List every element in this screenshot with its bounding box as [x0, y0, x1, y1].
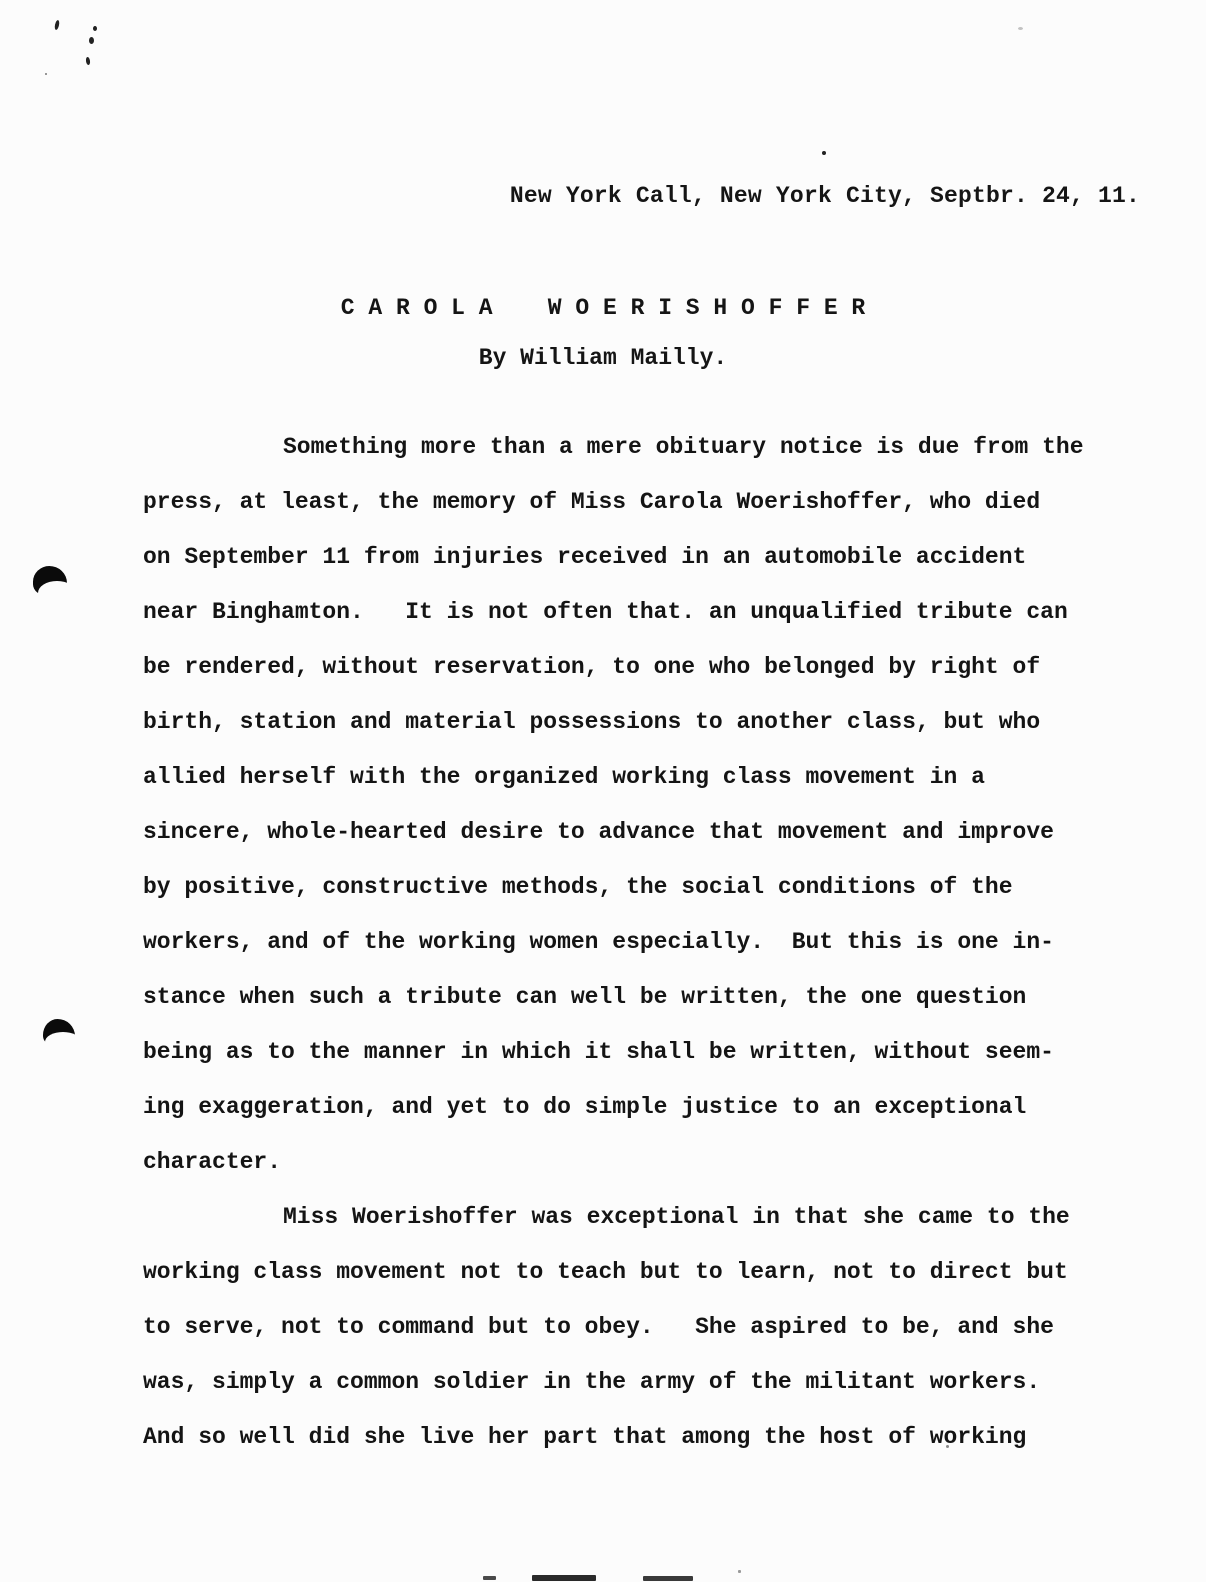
document-page: New York Call, New York City, Septbr. 24… — [0, 0, 1206, 1582]
text-line: character. — [143, 1135, 1146, 1190]
ink-speck — [85, 57, 90, 65]
text-line: ing exaggeration, and yet to do simple j… — [143, 1080, 1146, 1135]
ink-speck — [93, 26, 97, 31]
ink-speck — [89, 37, 94, 44]
ink-blot — [33, 566, 67, 596]
text-line: by positive, constructive methods, the s… — [143, 860, 1146, 915]
cut-off-text-fragment — [483, 1576, 496, 1580]
cut-off-text-fragment — [532, 1575, 596, 1581]
article-body: Something more than a mere obituary noti… — [143, 420, 1146, 1465]
text-line: press, at least, the memory of Miss Caro… — [143, 475, 1146, 530]
text-line: on September 11 from injuries received i… — [143, 530, 1146, 585]
ink-speck — [1018, 27, 1023, 30]
text-line: stance when such a tribute can well be w… — [143, 970, 1146, 1025]
cut-off-text-fragment — [643, 1576, 693, 1581]
ink-speck — [822, 151, 826, 155]
ink-speck — [45, 73, 47, 75]
dateline: New York Call, New York City, Septbr. 24… — [510, 183, 1140, 209]
text-line: birth, station and material possessions … — [143, 695, 1146, 750]
text-line: Miss Woerishoffer was exceptional in tha… — [143, 1190, 1146, 1245]
paragraph: Miss Woerishoffer was exceptional in tha… — [143, 1190, 1146, 1465]
text-line: being as to the manner in which it shall… — [143, 1025, 1146, 1080]
text-line: allied herself with the organized workin… — [143, 750, 1146, 805]
text-line: to serve, not to command but to obey. Sh… — [143, 1300, 1146, 1355]
ink-blot — [43, 1019, 75, 1046]
text-line: Something more than a mere obituary noti… — [143, 420, 1146, 475]
text-line: working class movement not to teach but … — [143, 1245, 1146, 1300]
paragraph: Something more than a mere obituary noti… — [143, 420, 1146, 1190]
byline: By William Mailly. — [0, 345, 1206, 371]
article-title: C A R O L A W O E R I S H O F F E R — [0, 295, 1206, 321]
text-line: was, simply a common soldier in the army… — [143, 1355, 1146, 1410]
text-line: And so well did she live her part that a… — [143, 1410, 1146, 1465]
text-line: sincere, whole-hearted desire to advance… — [143, 805, 1146, 860]
text-line: near Binghamton. It is not often that. a… — [143, 585, 1146, 640]
ink-speck — [54, 20, 60, 31]
text-line: workers, and of the working women especi… — [143, 915, 1146, 970]
cut-off-text-fragment — [738, 1570, 741, 1573]
text-line: be rendered, without reservation, to one… — [143, 640, 1146, 695]
